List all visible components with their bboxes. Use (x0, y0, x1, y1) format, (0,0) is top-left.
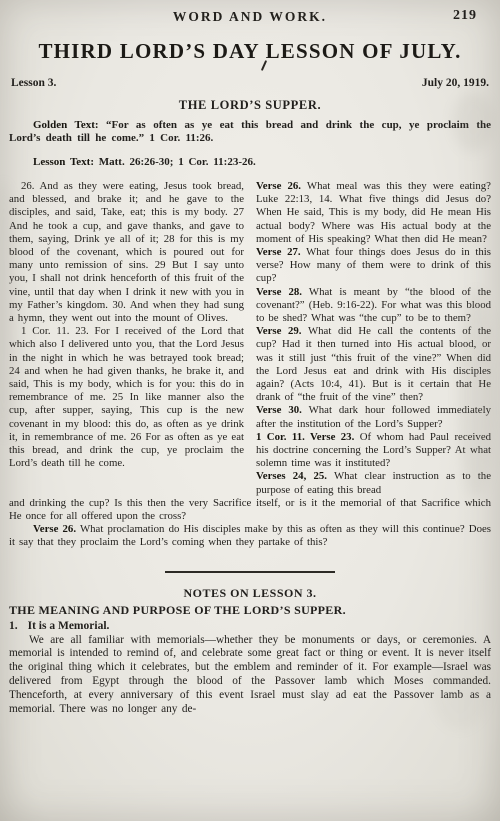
journal-title: WORD AND WORK. (173, 9, 327, 24)
verse-lead: Verse 28. (256, 286, 302, 298)
verse-lead: Verse 26. (33, 523, 76, 535)
continuation-paragraph: and drinking the cup? Is this then the v… (9, 497, 491, 523)
section-divider (165, 571, 335, 573)
lesson-text: Lesson Text: Matt. 26:26-30; 1 Cor. 11:2… (9, 156, 491, 169)
question-paragraph: Verse 28. What is meant by “the blood of… (256, 286, 491, 326)
question-paragraph: Verse 26. What meal was this they were e… (256, 180, 491, 246)
scripture-paragraph: 26. And as they were eating, Jesus took … (9, 180, 244, 325)
scripture-paragraph: 1 Cor. 11. 23. For I received of the Lor… (9, 325, 244, 470)
lesson-text-body: Matt. 26:26-30; 1 Cor. 11:23-26. (99, 156, 256, 168)
point-number: 1. (9, 620, 18, 632)
questions-column: Verse 26. What meal was this they were e… (256, 180, 491, 497)
verse-lead: 1 Cor. 11. Verse 23. (256, 431, 354, 443)
lesson-number: Lesson 3. (11, 77, 56, 89)
lesson-date: July 20, 1919. (422, 77, 489, 89)
notes-heading: NOTES ON LESSON 3. (9, 586, 491, 601)
point-title: It is a Memorial. (28, 620, 110, 632)
golden-text: Golden Text: “For as often as ye eat thi… (9, 119, 491, 145)
page-number: 219 (453, 8, 477, 24)
fullwidth-continuation: and drinking the cup? Is this then the v… (9, 497, 491, 550)
verse-lead: Verse 30. (256, 404, 302, 416)
question-text: What proclamation do His disciples make … (9, 523, 491, 548)
notes-body-paragraph: We are all familiar with memorials—wheth… (9, 634, 491, 717)
question-paragraph: Verse 30. What dark hour followed immedi… (256, 404, 491, 430)
question-paragraph: Verse 29. What did He call the contents … (256, 325, 491, 404)
scanned-page: WORD AND WORK. 219 THIRD LORD’S DAY LESS… (0, 0, 500, 821)
two-column-body: 26. And as they were eating, Jesus took … (9, 180, 491, 497)
lesson-text-label: Lesson Text: (33, 156, 94, 168)
verse-lead: Verse 26. (256, 180, 301, 192)
scripture-column: 26. And as they were eating, Jesus took … (9, 180, 244, 497)
notes-point-heading: 1.It is a Memorial. (9, 620, 491, 632)
question-paragraph: Verse 26. What proclamation do His disci… (9, 523, 491, 549)
verse-lead: Verse 29. (256, 325, 302, 337)
section-title: THE LORD’S SUPPER. (9, 98, 491, 113)
golden-text-label: Golden Text: (33, 119, 99, 131)
verse-lead: Verses 24, 25. (256, 470, 327, 482)
question-paragraph: 1 Cor. 11. Verse 23. Of whom had Paul re… (256, 431, 491, 471)
lesson-meta-row: Lesson 3. July 20, 1919. (9, 77, 491, 89)
notes-subheading: THE MEANING AND PURPOSE OF THE LORD’S SU… (9, 603, 491, 618)
lesson-title: THIRD LORD’S DAY LESSON OF JULY. (9, 39, 491, 64)
verse-lead: Verse 27. (256, 246, 301, 258)
masthead: WORD AND WORK. 219 (9, 8, 491, 26)
question-paragraph: Verse 27. What four things does Jesus do… (256, 246, 491, 286)
question-paragraph: Verses 24, 25. What clear instruction as… (256, 470, 491, 496)
